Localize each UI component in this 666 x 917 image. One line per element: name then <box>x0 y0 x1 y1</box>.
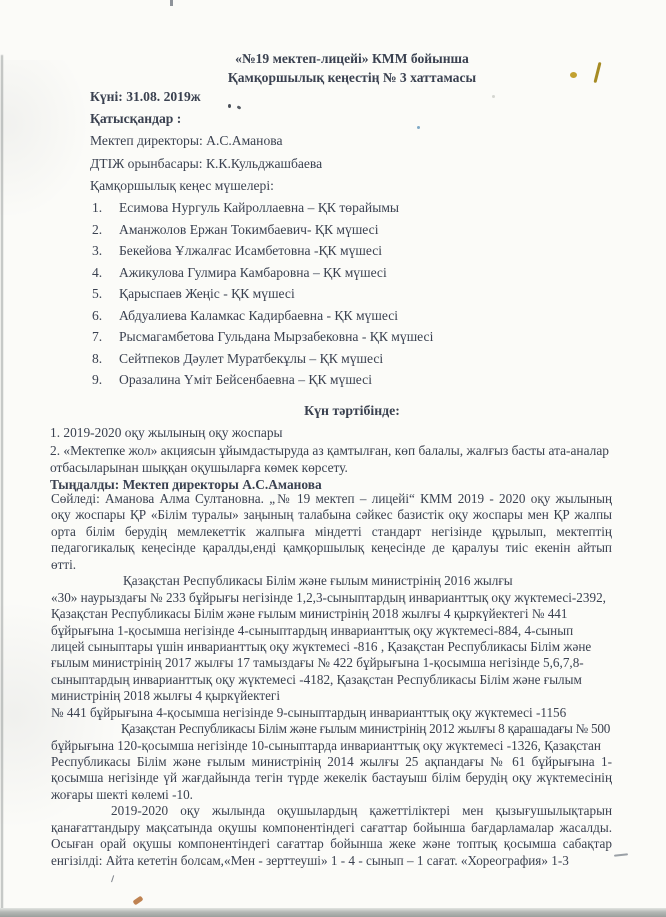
body-line: Қазақстан Республикасы Білім және ғылым … <box>51 721 612 737</box>
ink-speck-dark <box>237 105 242 110</box>
body-line: жоғары шекті көлемі -10. <box>51 787 612 803</box>
member-row: 9. Оразалина Үміт Бейсенбаевна – ҚК мүше… <box>92 372 612 394</box>
member-number: 4. <box>92 265 119 287</box>
member-number: 5. <box>92 286 119 308</box>
scan-left-edge-shadow <box>1 55 3 911</box>
member-name: Бекейова Ұлжалғас Исамбетовна -ҚК мүшесі <box>119 243 382 265</box>
body-line: Қазақстан Республикасы Білім және ғылым … <box>51 606 612 622</box>
member-name: Рысмагамбетова Гульдана Мырзабековна - Қ… <box>119 329 433 351</box>
body-line: қосымша негізінде үй жағдайында тегін тү… <box>51 770 612 786</box>
body-line: Республикасы Білім және ғылым министріні… <box>51 754 612 770</box>
scan-top-mark <box>170 0 173 6</box>
director-line: Мектеп директоры: А.С.Аманова <box>90 133 283 149</box>
member-number: 9. <box>92 372 119 394</box>
member-name: Сейтпеков Дәулет Муратбекұлы – ҚК мүшесі <box>119 351 383 373</box>
body-line: енгізілді: Айта кететін болсам,«Мен - зе… <box>51 853 612 869</box>
member-row: 4. Ажикулова Гулмира Камбаровна – ҚК мүш… <box>92 265 612 287</box>
member-row: 5. Қарыспаев Жеңіс - ҚК мүшесі <box>92 286 612 308</box>
body-line: ғылым министрінің 2017 жылғы 17 тамыздағ… <box>51 655 612 671</box>
body-line: оқу жоспары ҚР «Білім туралы» заңының та… <box>51 507 612 523</box>
body-line: Қазақстан Республикасы Білім және ғылым … <box>51 573 612 589</box>
body-line: орта білім берудің мемлекеттік жалпыға м… <box>51 524 612 540</box>
body-line: бұйрығына 120-қосымша негізінде 10-сынып… <box>51 738 612 754</box>
member-number: 1. <box>92 200 119 222</box>
pencil-dash <box>614 853 628 856</box>
ink-speck-orange <box>132 896 143 906</box>
member-name: Оразалина Үміт Бейсенбаевна – ҚК мүшесі <box>119 372 372 394</box>
dust-speck <box>492 95 495 98</box>
attendees-heading: Қатысқандар : <box>90 111 181 127</box>
member-row: 3. Бекейова Ұлжалғас Исамбетовна -ҚК мүш… <box>92 243 612 265</box>
body-line: лицей сыныптары үшін инварианттық оқу жү… <box>51 639 612 655</box>
member-row: 2. Аманжолов Ержан Токимбаевич- ҚК мүшес… <box>92 222 612 244</box>
body-text: Сөйледі: Аманова Алма Султановна. „№ 19 … <box>51 491 612 869</box>
document-page: «№19 мектеп-лицейі» КММ бойынша Қамқоршы… <box>0 0 666 917</box>
body-line: 2019-2020 оқу жылында оқушылардың қажетт… <box>51 803 612 819</box>
title-line-2: Қамқоршылық кеңестің № 3 хаттамасы <box>88 68 616 87</box>
body-line: сыныптардың инварианттық оқу жүктемесі -… <box>51 672 612 688</box>
members-heading: Қамқоршылық кеңес мүшелері: <box>90 178 274 194</box>
body-line: «30» наурыздағы № 233 бұйрығы негізінде … <box>51 590 612 606</box>
document-title: «№19 мектеп-лицейі» КММ бойынша Қамқоршы… <box>88 49 616 87</box>
ink-speck-blue <box>417 126 420 129</box>
member-name: Есимова Нургуль Кайроллаевна – ҚК төрайы… <box>119 200 399 222</box>
scanned-protocol-document: { "doc": { "title_line1": "«№19 мектеп-л… <box>0 0 666 917</box>
date-line: Күні: 31.08. 2019ж <box>90 89 201 105</box>
title-line-1: «№19 мектеп-лицейі» КММ бойынша <box>88 49 616 68</box>
agenda-item-1: 1. 2019-2020 оқу жылының оқу жоспары <box>50 425 616 441</box>
member-name: Қарыспаев Жеңіс - ҚК мүшесі <box>119 286 295 308</box>
body-line: өтті. <box>51 557 612 573</box>
scan-bottom-edge <box>0 908 666 917</box>
body-line: қанағаттандыру мақсатында оқушы компонен… <box>51 820 612 836</box>
member-row: 8. Сейтпеков Дәулет Муратбекұлы – ҚК мүш… <box>92 351 612 373</box>
member-number: 6. <box>92 308 119 330</box>
agenda-item-2-cont: отбасыларынан шыққан оқушыларға көмек кө… <box>50 460 616 476</box>
member-row: 1. Есимова Нургуль Кайроллаевна – ҚК төр… <box>92 200 612 222</box>
member-number: 3. <box>92 243 119 265</box>
member-number: 2. <box>92 222 119 244</box>
member-name: Аманжолов Ержан Токимбаевич- ҚК мүшесі <box>119 222 378 244</box>
agenda-item-2: 2. «Мектепке жол» акциясын ұйымдастыруда… <box>50 443 616 459</box>
paper-wrinkle-shadow <box>0 60 90 220</box>
member-row: 7. Рысмагамбетова Гульдана Мырзабековна … <box>92 329 612 351</box>
agenda-heading: Күн тәртібінде: <box>88 403 616 419</box>
body-line: бұйрығына 1-қосымша негізінде 4-сыныптар… <box>51 623 612 639</box>
member-row: 6. Абдуалиева Каламкас Кадирбаевна - ҚК … <box>92 308 612 330</box>
member-name: Ажикулова Гулмира Камбаровна – ҚК мүшесі <box>119 265 387 287</box>
deputy-line: ДТІЖ орынбасары: К.К.Кульджашбаева <box>90 156 322 172</box>
members-list: 1. Есимова Нургуль Кайроллаевна – ҚК төр… <box>92 200 612 394</box>
ink-speck-dark <box>228 104 231 108</box>
pencil-mark <box>111 875 119 884</box>
body-line: министрінің 2018 жылғы 4 қыркүйектегі <box>51 688 612 704</box>
body-line: № 441 бұйрығына 4-қосымша негізінде 9-сы… <box>51 705 612 721</box>
member-number: 8. <box>92 351 119 373</box>
member-number: 7. <box>92 329 119 351</box>
body-line: Осыған орай оқушы компонентіндегі сағатт… <box>51 836 612 852</box>
member-name: Абдуалиева Каламкас Кадирбаевна - ҚК мүш… <box>119 308 398 330</box>
body-line: педагогикалық кеңесінде қаралды,енді қам… <box>51 540 612 556</box>
body-line: Сөйледі: Аманова Алма Султановна. „№ 19 … <box>51 491 612 507</box>
